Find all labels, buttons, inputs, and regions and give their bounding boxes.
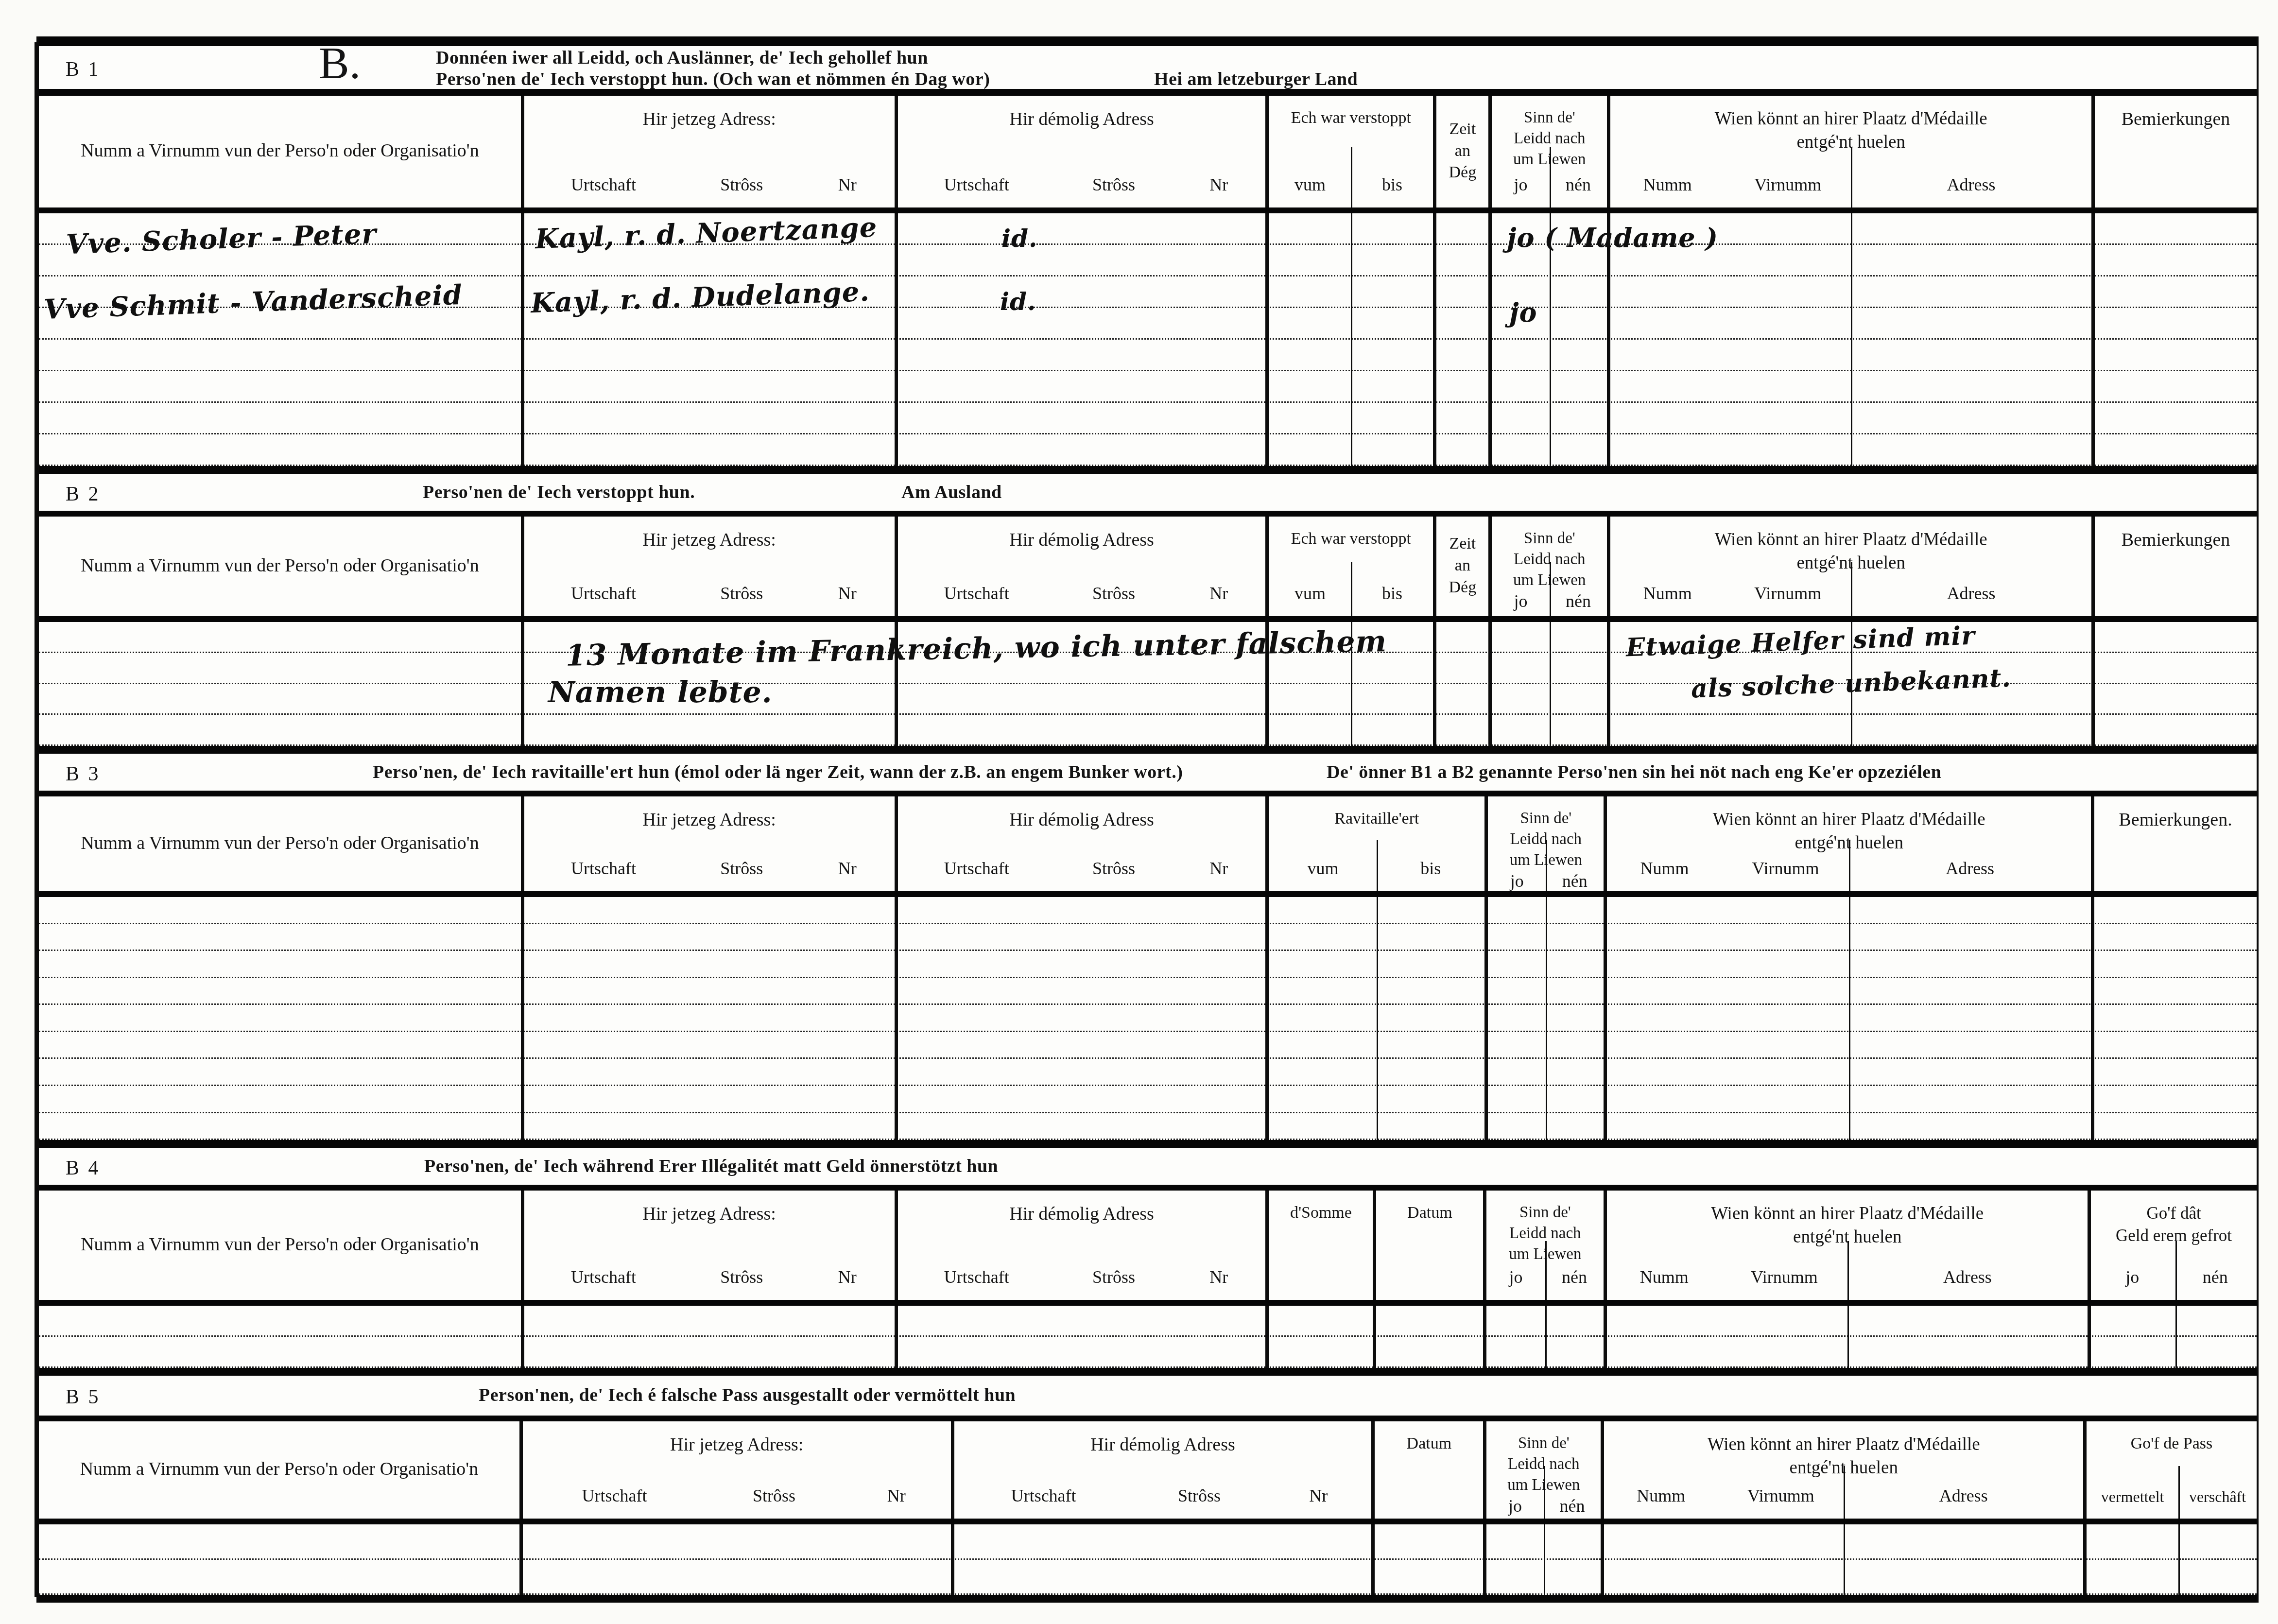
sub-nr: Nr — [1172, 858, 1265, 879]
sub-jo: jo — [2091, 1267, 2174, 1287]
b1-column-headers: Numm a Virnumm vun der Perso'n oder Orga… — [39, 96, 2257, 207]
divider — [39, 746, 2257, 754]
col-label: Numm a Virnumm vun der Perso'n oder Orga… — [39, 1233, 521, 1257]
handwritten-note-line2: Namen lebte. — [548, 675, 773, 709]
b4-column-headers: Numm a Virnumm vun der Perso'n oder Orga… — [39, 1191, 2257, 1300]
body-columns — [39, 213, 2257, 466]
sub-virnumm: Virnumm — [1725, 583, 1851, 604]
col-remarks: Bemierkungen — [2091, 517, 2257, 616]
body-col — [39, 1306, 521, 1368]
col-label: Datum — [1375, 1433, 1483, 1454]
sub-urtschaft: Urtschaft — [523, 1486, 706, 1506]
sub-nen: nén — [1544, 1496, 1601, 1516]
column-divider — [2178, 1524, 2180, 1595]
col-still-alive: Sinn de' Leidd nach um Liewen jo nén — [1488, 96, 1607, 207]
sub-stross: Strôss — [683, 1267, 800, 1287]
body-col — [521, 1306, 895, 1368]
sub-urtschaft: Urtschaft — [898, 1267, 1055, 1287]
col-label: Hir jetzeg Adress: — [524, 107, 895, 131]
col-label: Hir démolig Adress — [954, 1433, 1372, 1457]
sub-divider — [1377, 840, 1378, 891]
col-current-address: Hir jetzeg Adress: Urtschaft Strôss Nr — [521, 796, 895, 891]
body-col — [895, 897, 1266, 1140]
section-id: B 1 — [66, 58, 101, 81]
sub-verschaft: verschâft — [2178, 1488, 2257, 1506]
section-heading: Person'nen, de' Iech é falsche Pass ausg… — [479, 1384, 1016, 1406]
col-label: Hir jetzeg Adress: — [523, 1433, 951, 1457]
divider — [39, 1416, 2257, 1421]
b4-body — [39, 1306, 2257, 1368]
sub-nr: Nr — [1172, 174, 1265, 195]
sub-virnumm: Virnumm — [1718, 1486, 1844, 1506]
sub-urtschaft: Urtschaft — [954, 1486, 1133, 1506]
sub-stross: Strôss — [1055, 583, 1172, 604]
section-heading-line2: Perso'nen de' Iech verstoppt hun. (Och w… — [436, 69, 990, 90]
sub-bis: bis — [1351, 174, 1433, 195]
body-col — [1371, 1524, 1483, 1595]
sub-urtschaft: Urtschaft — [524, 858, 683, 879]
column-divider — [1544, 1524, 1545, 1595]
sub-urtschaft: Urtschaft — [898, 174, 1055, 195]
divider — [39, 89, 2257, 96]
sub-urtschaft: Urtschaft — [524, 1267, 683, 1287]
sub-nr: Nr — [1172, 583, 1265, 604]
divider — [39, 1185, 2257, 1191]
zeit-line1: Zeit — [1436, 119, 1488, 140]
gof-line2: Geld erem gefrot — [2091, 1225, 2257, 1247]
sub-vum: vum — [1269, 174, 1351, 195]
sinn-line1: Sinn de' — [1492, 107, 1607, 128]
b5-body — [39, 1524, 2257, 1595]
sub-nr: Nr — [842, 1486, 951, 1506]
sub-jo: jo — [1492, 174, 1549, 195]
col-remarks: Bemierkungen. — [2091, 796, 2257, 891]
col-name-org: Numm a Virnumm vun der Perso'n oder Orga… — [39, 796, 521, 891]
zeit-line2: an — [1436, 555, 1488, 577]
sub-nen: nén — [1550, 591, 1607, 611]
col-name-org: Numm a Virnumm vun der Perso'n oder Orga… — [39, 1421, 519, 1519]
sub-nr: Nr — [800, 1267, 894, 1287]
handwritten-former-address: id. — [1001, 224, 1037, 253]
section-heading: Perso'nen de' Iech verstoppt hun. — [423, 482, 695, 503]
sub-jo: jo — [1488, 871, 1546, 891]
column-divider — [2175, 1306, 2177, 1368]
body-col — [1484, 897, 1604, 1140]
body-col — [1433, 213, 1488, 466]
section-id: B 4 — [66, 1157, 101, 1180]
b3-column-headers: Numm a Virnumm vun der Perso'n oder Orga… — [39, 796, 2257, 891]
sub-nr: Nr — [1265, 1486, 1371, 1506]
col-medal-recipient: Wien könnt an hirer Plaatz d'Médaille en… — [1604, 1191, 2088, 1300]
col-datum: Datum — [1373, 1191, 1483, 1300]
section-b4-title: B 4 Perso'nen, de' Iech während Erer Ill… — [39, 1148, 2257, 1185]
sub-urtschaft: Urtschaft — [898, 583, 1055, 604]
body-col — [1601, 1524, 2083, 1595]
col-somme: d'Somme — [1265, 1191, 1373, 1300]
sub-nen: nén — [1545, 1267, 1604, 1287]
sub-stross: Strôss — [706, 1486, 842, 1506]
body-col — [2091, 897, 2257, 1140]
body-col — [1483, 1524, 1601, 1595]
col-name-org: Numm a Virnumm vun der Perso'n oder Orga… — [39, 1191, 521, 1300]
sinn-line1: Sinn de' — [1486, 1202, 1604, 1223]
col-label: Hir démolig Adress — [898, 808, 1266, 832]
b1-body: Vve. Scholer - Peter Kayl, r. d. Noertza… — [39, 213, 2257, 466]
section-heading-line2: De' önner B1 a B2 genannte Perso'nen sin… — [1327, 761, 1941, 783]
sinn-line1: Sinn de' — [1488, 808, 1604, 829]
b3-body — [39, 897, 2257, 1140]
body-col — [1265, 213, 1433, 466]
sub-adress: Adress — [1851, 174, 2091, 195]
col-medal-recipient: Wien könnt an hirer Plaatz d'Médaille en… — [1601, 1421, 2083, 1519]
sub-divider — [2175, 1241, 2177, 1300]
col-former-address: Hir démolig Adress Urtschaft Strôss Nr — [951, 1421, 1372, 1519]
sub-virnumm: Virnumm — [1722, 858, 1849, 879]
sub-nen: nén — [1546, 871, 1604, 891]
sub-vermettelt: vermettelt — [2087, 1488, 2178, 1506]
sub-nr: Nr — [1172, 1267, 1265, 1287]
body-col — [39, 1524, 519, 1595]
b5-column-headers: Numm a Virnumm vun der Perso'n oder Orga… — [39, 1421, 2257, 1519]
divider — [39, 207, 2257, 213]
sub-vum: vum — [1269, 858, 1377, 879]
col-zeit-an-deg: Zeit an Dég — [1433, 96, 1488, 207]
body-col — [1488, 622, 1607, 746]
divider — [39, 1368, 2257, 1376]
col-label: Hir démolig Adress — [898, 107, 1266, 131]
body-columns — [39, 1306, 2257, 1368]
col-label: Hir démolig Adress — [898, 528, 1266, 552]
sub-adress: Adress — [1851, 583, 2091, 604]
col-pass-provided: Go'f de Pass vermettelt verschâft — [2083, 1421, 2257, 1519]
sub-adress: Adress — [1844, 1486, 2083, 1506]
col-hidden-period: Ech war verstoppt vum bis — [1265, 517, 1433, 616]
sub-divider — [1546, 840, 1547, 891]
col-label: Hir jetzeg Adress: — [524, 1202, 895, 1226]
sub-numm: Numm — [1607, 858, 1722, 879]
sub-stross: Strôss — [1055, 174, 1172, 195]
sub-stross: Strôss — [1055, 1267, 1172, 1287]
zeit-line1: Zeit — [1436, 533, 1488, 555]
body-col — [521, 897, 895, 1140]
section-id: B 3 — [66, 762, 101, 786]
col-label: Hir jetzeg Adress: — [524, 528, 895, 552]
section-b1-title: B 1 B. Donnéen iwer all Leidd, och Auslä… — [39, 46, 2257, 89]
sinn-line2: Leidd nach — [1492, 128, 1607, 149]
body-col — [2083, 1524, 2257, 1595]
column-divider — [1849, 897, 1850, 1140]
sub-divider — [1550, 147, 1551, 207]
col-former-address: Hir démolig Adress Urtschaft Strôss Nr — [895, 796, 1266, 891]
divider — [39, 511, 2257, 517]
sub-numm: Numm — [1610, 583, 1725, 604]
body-col — [39, 622, 521, 746]
column-divider — [1546, 897, 1547, 1140]
sub-nen: nén — [2174, 1267, 2257, 1287]
sub-stross: Strôss — [1055, 858, 1172, 879]
section-id: B 2 — [66, 483, 101, 506]
sub-divider — [1351, 147, 1352, 207]
col-still-alive: Sinn de' Leidd nach um Liewen jo nén — [1488, 517, 1607, 616]
sub-nr: Nr — [800, 174, 894, 195]
col-label: Numm a Virnumm vun der Perso'n oder Orga… — [39, 554, 521, 578]
questionnaire-form: B 1 B. Donnéen iwer all Leidd, och Auslä… — [36, 36, 2259, 1603]
body-col — [895, 1306, 1266, 1368]
col-current-address: Hir jetzeg Adress: Urtschaft Strôss Nr — [519, 1421, 951, 1519]
column-divider — [1351, 213, 1352, 466]
divider — [39, 36, 2257, 46]
section-letter: B. — [319, 40, 361, 86]
sinn-line1: Sinn de' — [1492, 528, 1607, 549]
section-heading-line1: Perso'nen, de' Iech ravitaille'ert hun (… — [373, 761, 1183, 783]
sub-jo: jo — [1486, 1267, 1545, 1287]
handwritten-former-address: id. — [1000, 287, 1036, 316]
col-label: Bemierkungen. — [2094, 808, 2257, 832]
sub-jo: jo — [1492, 591, 1549, 611]
col-current-address: Hir jetzeg Adress: Urtschaft Strôss Nr — [521, 517, 895, 616]
body-col — [1265, 897, 1484, 1140]
section-b3-title: B 3 Perso'nen, de' Iech ravitaille'ert h… — [39, 754, 2257, 791]
body-columns — [39, 1524, 2257, 1595]
sub-virnumm: Virnumm — [1725, 174, 1851, 195]
medal-line1: Wien könnt an hirer Plaatz d'Médaille — [1607, 808, 2091, 831]
sub-vum: vum — [1269, 583, 1351, 604]
sub-adress: Adress — [1849, 858, 2091, 879]
body-col — [2091, 622, 2257, 746]
sub-divider — [1544, 1466, 1545, 1519]
col-label: Numm a Virnumm vun der Perso'n oder Orga… — [39, 831, 521, 855]
col-still-alive: Sinn de' Leidd nach um Liewen jo nén — [1484, 796, 1604, 891]
sub-stross: Strôss — [683, 858, 800, 879]
body-col — [519, 1524, 951, 1595]
sub-divider — [1851, 562, 1852, 616]
sub-stross: Strôss — [683, 174, 800, 195]
col-label: Bemierkungen — [2095, 528, 2257, 552]
col-label: Datum — [1376, 1202, 1483, 1224]
handwritten-alive: jo ( Madame ) — [1507, 222, 1718, 253]
col-label: Numm a Virnumm vun der Perso'n oder Orga… — [39, 1457, 519, 1481]
sub-urtschaft: Urtschaft — [898, 858, 1055, 879]
col-name-org: Numm a Virnumm vun der Perso'n oder Orga… — [39, 517, 521, 616]
sub-divider — [1545, 1241, 1547, 1300]
sub-divider — [1351, 562, 1352, 616]
divider — [39, 1140, 2257, 1148]
sub-urtschaft: Urtschaft — [524, 174, 683, 195]
body-col — [1433, 622, 1488, 746]
col-medal-recipient: Wien könnt an hirer Plaatz d'Médaille en… — [1607, 96, 2091, 207]
body-col — [39, 897, 521, 1140]
col-label: Bemierkungen — [2095, 107, 2257, 131]
section-heading: Perso'nen, de' Iech während Erer Illégal… — [424, 1156, 998, 1177]
divider — [39, 791, 2257, 796]
column-divider — [1545, 1306, 1547, 1368]
sub-stross: Strôss — [1133, 1486, 1266, 1506]
divider — [39, 616, 2257, 622]
col-ravitailleert: Ravitaille'ert vum bis — [1265, 796, 1484, 891]
col-label: d'Somme — [1269, 1202, 1373, 1224]
body-col — [1604, 1306, 2088, 1368]
sub-divider — [2178, 1466, 2180, 1519]
sub-numm: Numm — [1604, 1486, 1718, 1506]
sub-urtschaft: Urtschaft — [524, 583, 683, 604]
column-divider — [1851, 213, 1852, 466]
section-id: B 5 — [66, 1385, 101, 1409]
body-columns — [39, 897, 2257, 1140]
col-label: Ech war verstoppt — [1269, 528, 1433, 550]
col-former-address: Hir démolig Adress Urtschaft Strôss Nr — [895, 96, 1266, 207]
col-current-address: Hir jetzeg Adress: Urtschaft Strôss Nr — [521, 96, 895, 207]
sub-bis: bis — [1377, 858, 1484, 879]
col-medal-recipient: Wien könnt an hirer Plaatz d'Médaille en… — [1604, 796, 2091, 891]
body-col — [1373, 1306, 1483, 1368]
sub-adress: Adress — [1847, 1267, 2088, 1287]
body-col — [1483, 1306, 1604, 1368]
section-b2-title: B 2 Perso'nen de' Iech verstoppt hun. Am… — [39, 474, 2257, 511]
col-remarks: Bemierkungen — [2091, 96, 2257, 207]
col-former-address: Hir démolig Adress Urtschaft Strôss Nr — [895, 517, 1266, 616]
sub-nr: Nr — [800, 858, 894, 879]
col-label: Ech war verstoppt — [1269, 107, 1433, 129]
sub-numm: Numm — [1607, 1267, 1721, 1287]
col-medal-recipient: Wien könnt an hirer Plaatz d'Médaille en… — [1607, 517, 2091, 616]
section-heading-suffix: Am Ausland — [901, 482, 1002, 503]
sub-bis: bis — [1351, 583, 1433, 604]
sub-stross: Strôss — [683, 583, 800, 604]
col-former-address: Hir démolig Adress Urtschaft Strôss Nr — [895, 1191, 1266, 1300]
zeit-line2: an — [1436, 140, 1488, 162]
body-col — [1604, 897, 2091, 1140]
sub-nen: nén — [1550, 174, 1607, 195]
medal-line1: Wien könnt an hirer Plaatz d'Médaille — [1610, 528, 2091, 552]
zeit-line3: Dég — [1436, 577, 1488, 599]
body-col — [895, 213, 1266, 466]
col-current-address: Hir jetzeg Adress: Urtschaft Strôss Nr — [521, 1191, 895, 1300]
col-label: Numm a Virnumm vun der Perso'n oder Orga… — [39, 139, 521, 163]
zeit-line3: Dég — [1436, 162, 1488, 184]
sub-virnumm: Virnumm — [1721, 1267, 1847, 1287]
col-label: Ravitaille'ert — [1269, 808, 1484, 829]
col-label: Hir démolig Adress — [898, 1202, 1266, 1226]
body-col — [2088, 1306, 2257, 1368]
col-still-alive: Sinn de' Leidd nach um Liewen jo nén — [1483, 1191, 1604, 1300]
divider — [39, 1595, 2257, 1603]
col-still-alive: Sinn de' Leidd nach um Liewen jo nén — [1483, 1421, 1601, 1519]
column-divider — [1377, 897, 1378, 1140]
column-divider — [1847, 1306, 1849, 1368]
sub-divider — [1847, 1241, 1849, 1300]
sub-nr: Nr — [800, 583, 894, 604]
column-divider — [1550, 622, 1551, 746]
sub-divider — [1849, 840, 1850, 891]
divider — [39, 1300, 2257, 1306]
divider — [39, 1519, 2257, 1524]
col-zeit-an-deg: Zeit an Dég — [1433, 517, 1488, 616]
section-b5-title: B 5 Person'nen, de' Iech é falsche Pass … — [39, 1376, 2257, 1416]
divider — [39, 891, 2257, 897]
divider — [39, 466, 2257, 474]
sinn-line1: Sinn de' — [1486, 1433, 1601, 1454]
col-datum: Datum — [1371, 1421, 1483, 1519]
col-label: Go'f de Pass — [2087, 1433, 2257, 1454]
col-name-org: Numm a Virnumm vun der Perso'n oder Orga… — [39, 96, 521, 207]
col-hidden-period: Ech war verstoppt vum bis — [1265, 96, 1433, 207]
sub-divider — [1550, 562, 1551, 616]
medal-line1: Wien könnt an hirer Plaatz d'Médaille — [1604, 1433, 2083, 1456]
handwritten-alive: jo — [1509, 297, 1537, 328]
sub-divider — [1851, 147, 1852, 207]
gof-line1: Go'f dât — [2091, 1202, 2257, 1225]
body-col — [1265, 1306, 1373, 1368]
col-money-returned: Go'f dât Geld erem gefrot jo nén — [2088, 1191, 2257, 1300]
section-heading-suffix: Hei am letzeburger Land — [1154, 69, 1358, 90]
body-col — [2091, 213, 2257, 466]
medal-line1: Wien könnt an hirer Plaatz d'Médaille — [1610, 107, 2091, 131]
b2-body: 13 Monate im Frankreich, wo ich unter fa… — [39, 622, 2257, 746]
body-col — [951, 1524, 1372, 1595]
sub-jo: jo — [1486, 1496, 1543, 1516]
sub-divider — [1844, 1466, 1845, 1519]
b2-column-headers: Numm a Virnumm vun der Perso'n oder Orga… — [39, 517, 2257, 616]
medal-line1: Wien könnt an hirer Plaatz d'Médaille — [1607, 1202, 2088, 1226]
sub-numm: Numm — [1610, 174, 1725, 195]
section-heading-line1: Donnéen iwer all Leidd, och Auslänner, d… — [436, 47, 928, 69]
column-divider — [1844, 1524, 1845, 1595]
col-label: Hir jetzeg Adress: — [524, 808, 895, 832]
